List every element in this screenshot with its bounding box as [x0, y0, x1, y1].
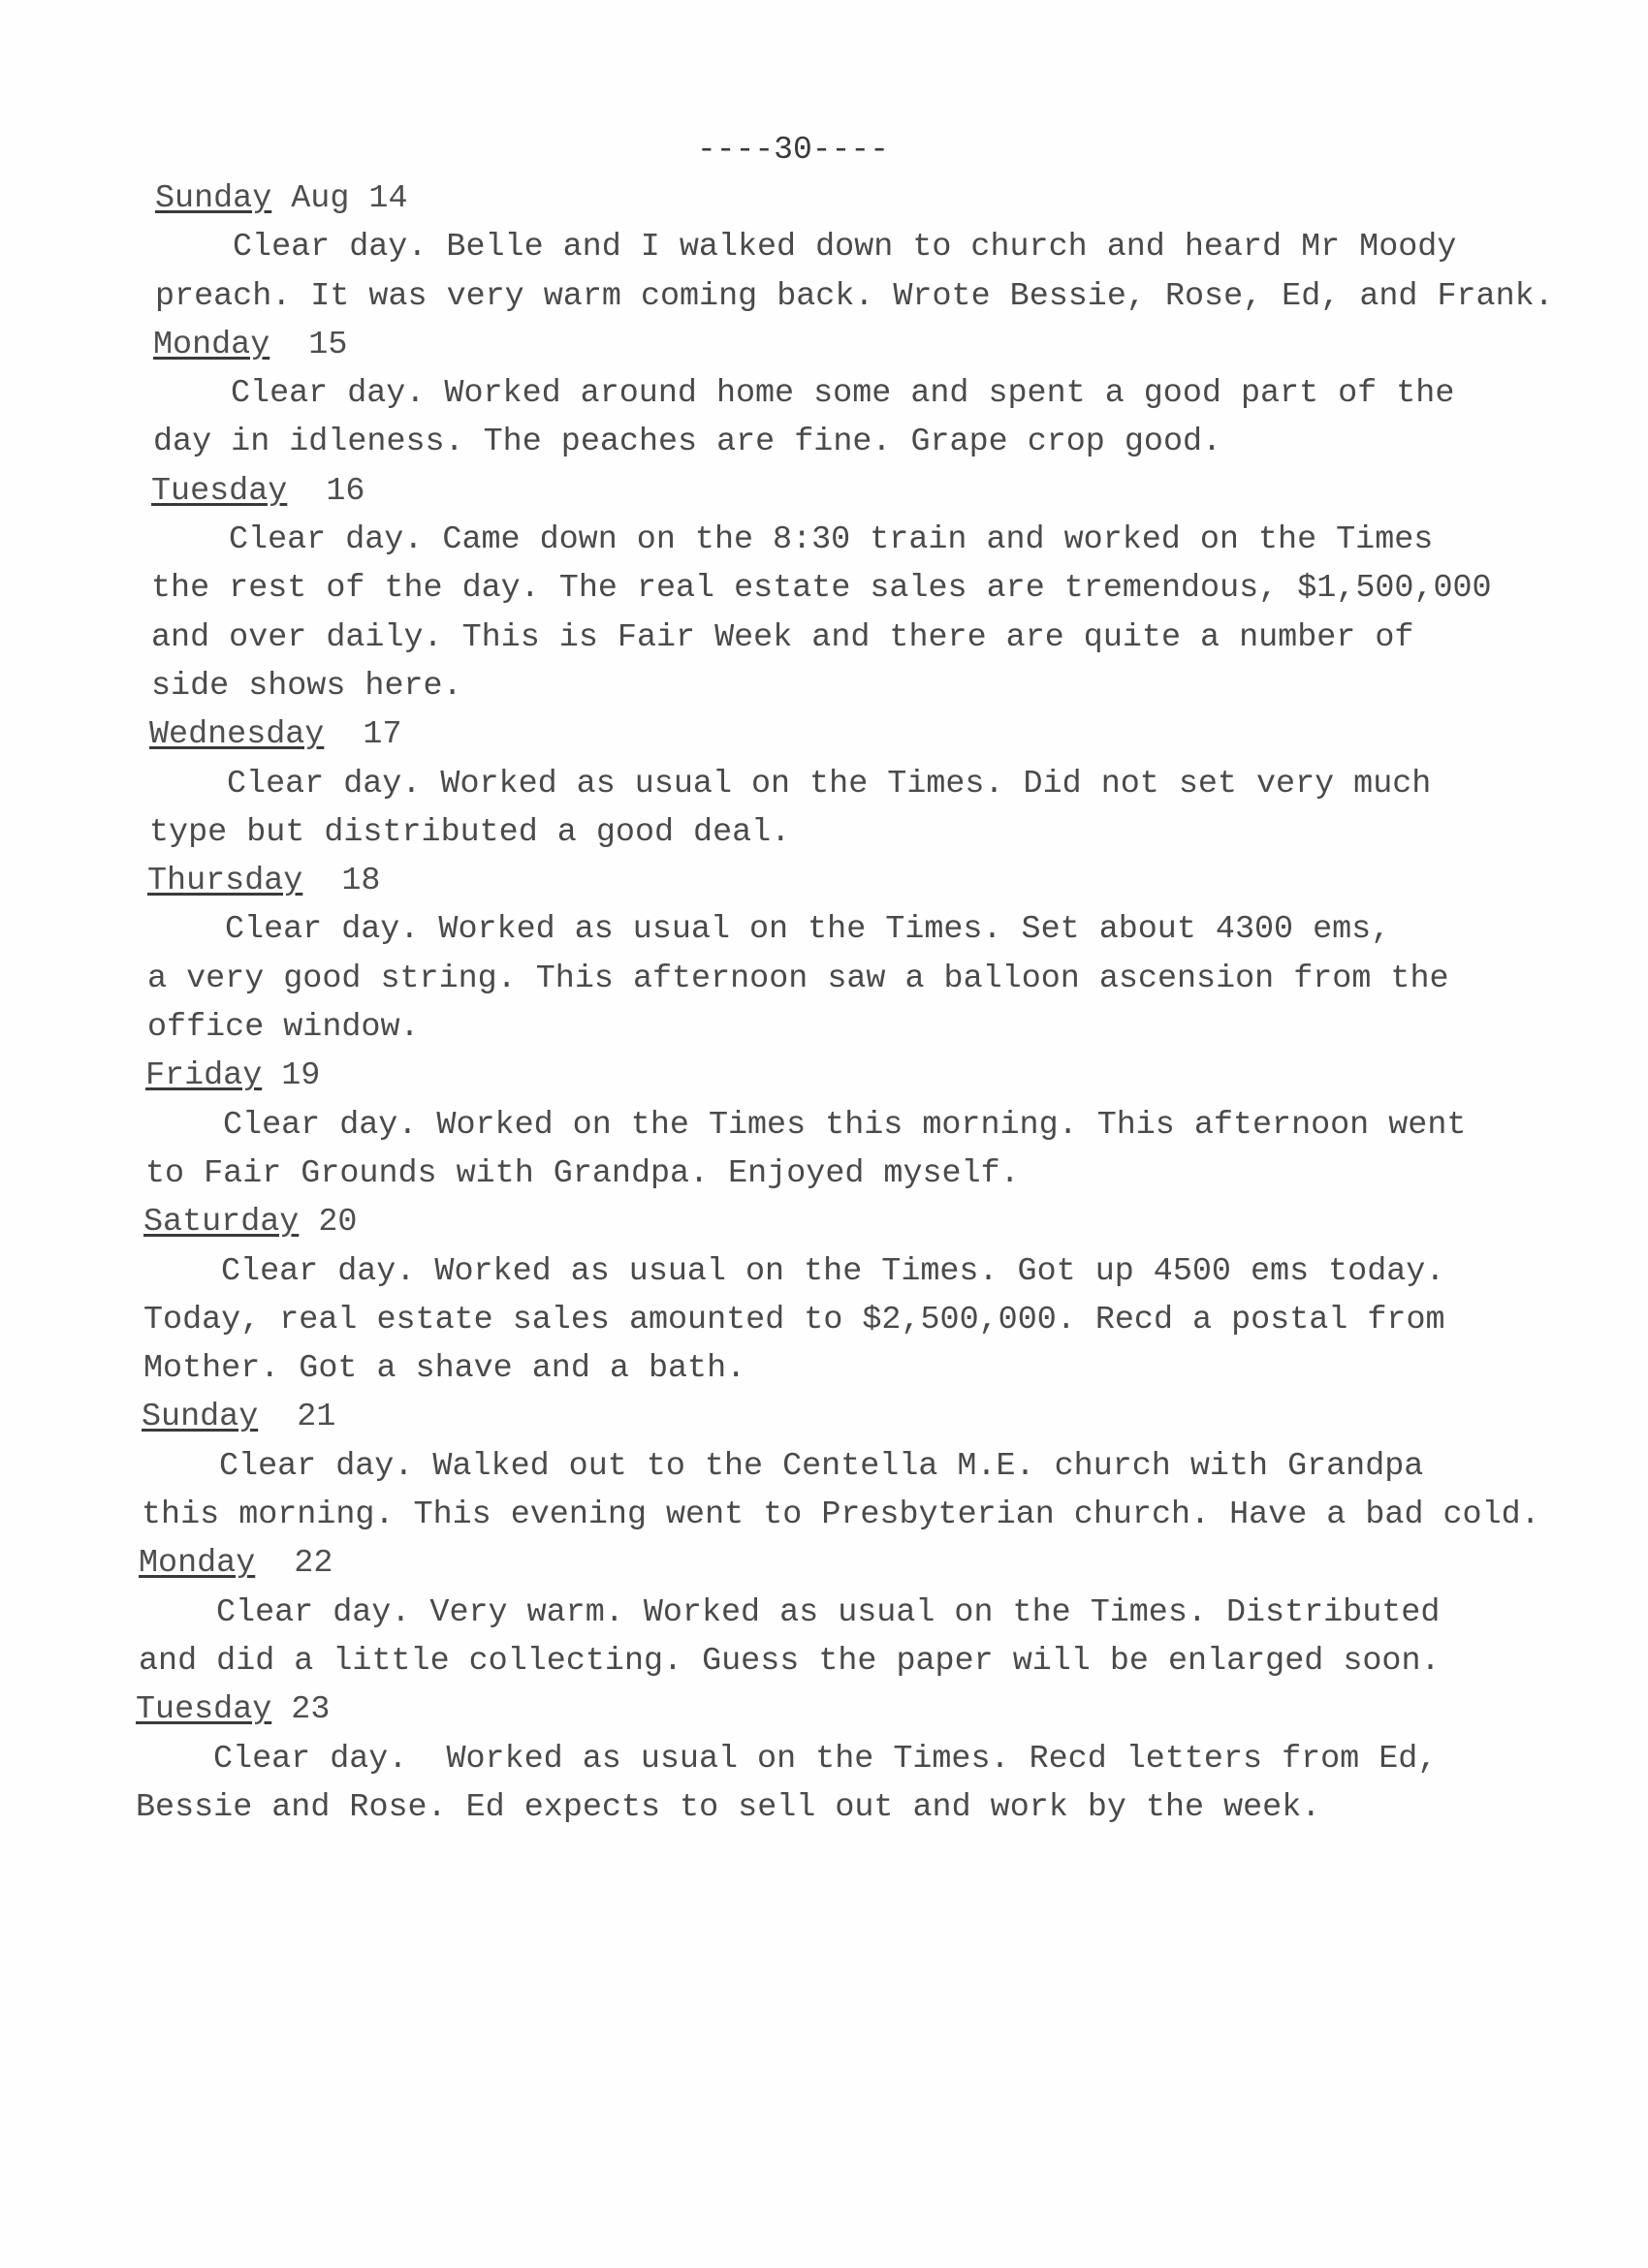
entry-line: Clear day. Very warm. Worked as usual on… [139, 1589, 1590, 1637]
entry-date: 19 [262, 1057, 320, 1094]
diary-entry: Friday 19 Clear day. Worked on the Times… [145, 1052, 1590, 1198]
diary-entry: Tuesday 16 Clear day. Came down on the 8… [151, 467, 1590, 710]
day-name: Tuesday [151, 473, 287, 510]
entry-line: office window. [147, 1003, 1590, 1052]
day-name: Monday [153, 327, 269, 363]
entry-heading: Sunday Aug 14 [155, 174, 1590, 223]
entry-line: this morning. This evening went to Presb… [142, 1491, 1590, 1539]
diary-entry: Monday 22 Clear day. Very warm. Worked a… [139, 1539, 1590, 1685]
entry-line: and did a little collecting. Guess the p… [139, 1637, 1590, 1685]
entry-date: 22 [255, 1545, 333, 1582]
entry-date: 23 [271, 1691, 330, 1728]
day-name: Friday [145, 1057, 262, 1094]
diary-entry: Sunday Aug 14 Clear day. Belle and I wal… [155, 174, 1590, 321]
entry-line: Clear day. Worked as usual on the Times.… [143, 1247, 1590, 1296]
entry-heading: Monday 22 [139, 1539, 1590, 1588]
entry-line: Clear day. Worked on the Times this morn… [145, 1101, 1590, 1150]
entry-heading: Sunday 21 [142, 1393, 1590, 1441]
day-name: Wednesday [149, 716, 324, 753]
diary-entry: Monday 15 Clear day. Worked around home … [153, 321, 1590, 467]
entry-line: Clear day. Worked as usual on the Times.… [136, 1735, 1590, 1783]
entry-line: Clear day. Worked as usual on the Times.… [147, 905, 1590, 954]
entry-heading: Tuesday 16 [151, 467, 1590, 516]
entry-line: Today, real estate sales amounted to $2,… [143, 1296, 1590, 1344]
entry-date: Aug 14 [271, 180, 407, 217]
entry-date: 17 [324, 716, 401, 753]
entry-date: 21 [258, 1399, 335, 1435]
entry-heading: Wednesday 17 [149, 710, 1590, 759]
entry-line: Mother. Got a shave and a bath. [143, 1344, 1590, 1393]
day-name: Thursday [147, 863, 302, 899]
day-name: Monday [139, 1545, 255, 1582]
entry-date: 18 [302, 863, 380, 899]
entry-line: a very good string. This afternoon saw a… [147, 955, 1590, 1003]
entry-heading: Tuesday 23 [136, 1685, 1590, 1734]
day-name: Tuesday [136, 1691, 271, 1728]
entry-line: Bessie and Rose. Ed expects to sell out … [136, 1783, 1590, 1832]
diary-entry: Tuesday 23 Clear day. Worked as usual on… [136, 1685, 1590, 1832]
diary-entry: Wednesday 17 Clear day. Worked as usual … [149, 710, 1590, 857]
entry-line: preach. It was very warm coming back. Wr… [155, 272, 1590, 321]
entry-date: 15 [269, 327, 347, 363]
day-name: Sunday [142, 1399, 258, 1435]
page-number: ----30---- [0, 126, 1586, 174]
diary-entries: Sunday Aug 14 Clear day. Belle and I wal… [155, 174, 1590, 1832]
entry-line: Clear day. Belle and I walked down to ch… [155, 223, 1590, 271]
entry-line: Clear day. Came down on the 8:30 train a… [151, 516, 1590, 564]
entry-line: Clear day. Walked out to the Centella M.… [142, 1442, 1590, 1491]
entry-line: day in idleness. The peaches are fine. G… [153, 418, 1590, 466]
diary-entry: Sunday 21 Clear day. Walked out to the C… [142, 1393, 1590, 1539]
day-name: Saturday [143, 1204, 299, 1241]
diary-entry: Saturday 20 Clear day. Worked as usual o… [143, 1198, 1590, 1393]
entry-line: type but distributed a good deal. [149, 808, 1590, 857]
typewritten-page: ----30---- Sunday Aug 14 Clear day. Bell… [0, 0, 1648, 2268]
entry-line: side shows here. [151, 662, 1590, 710]
entry-line: Clear day. Worked as usual on the Times.… [149, 760, 1590, 808]
diary-entry: Thursday 18 Clear day. Worked as usual o… [147, 857, 1590, 1052]
entry-date: 16 [287, 473, 364, 510]
entry-heading: Saturday 20 [143, 1198, 1590, 1246]
entry-line: the rest of the day. The real estate sal… [151, 564, 1590, 613]
day-name: Sunday [155, 180, 271, 217]
entry-heading: Friday 19 [145, 1052, 1590, 1100]
entry-heading: Thursday 18 [147, 857, 1590, 905]
entry-line: to Fair Grounds with Grandpa. Enjoyed my… [145, 1150, 1590, 1198]
entry-heading: Monday 15 [153, 321, 1590, 369]
entry-line: Clear day. Worked around home some and s… [153, 369, 1590, 418]
entry-line: and over daily. This is Fair Week and th… [151, 614, 1590, 662]
entry-date: 20 [299, 1204, 357, 1241]
